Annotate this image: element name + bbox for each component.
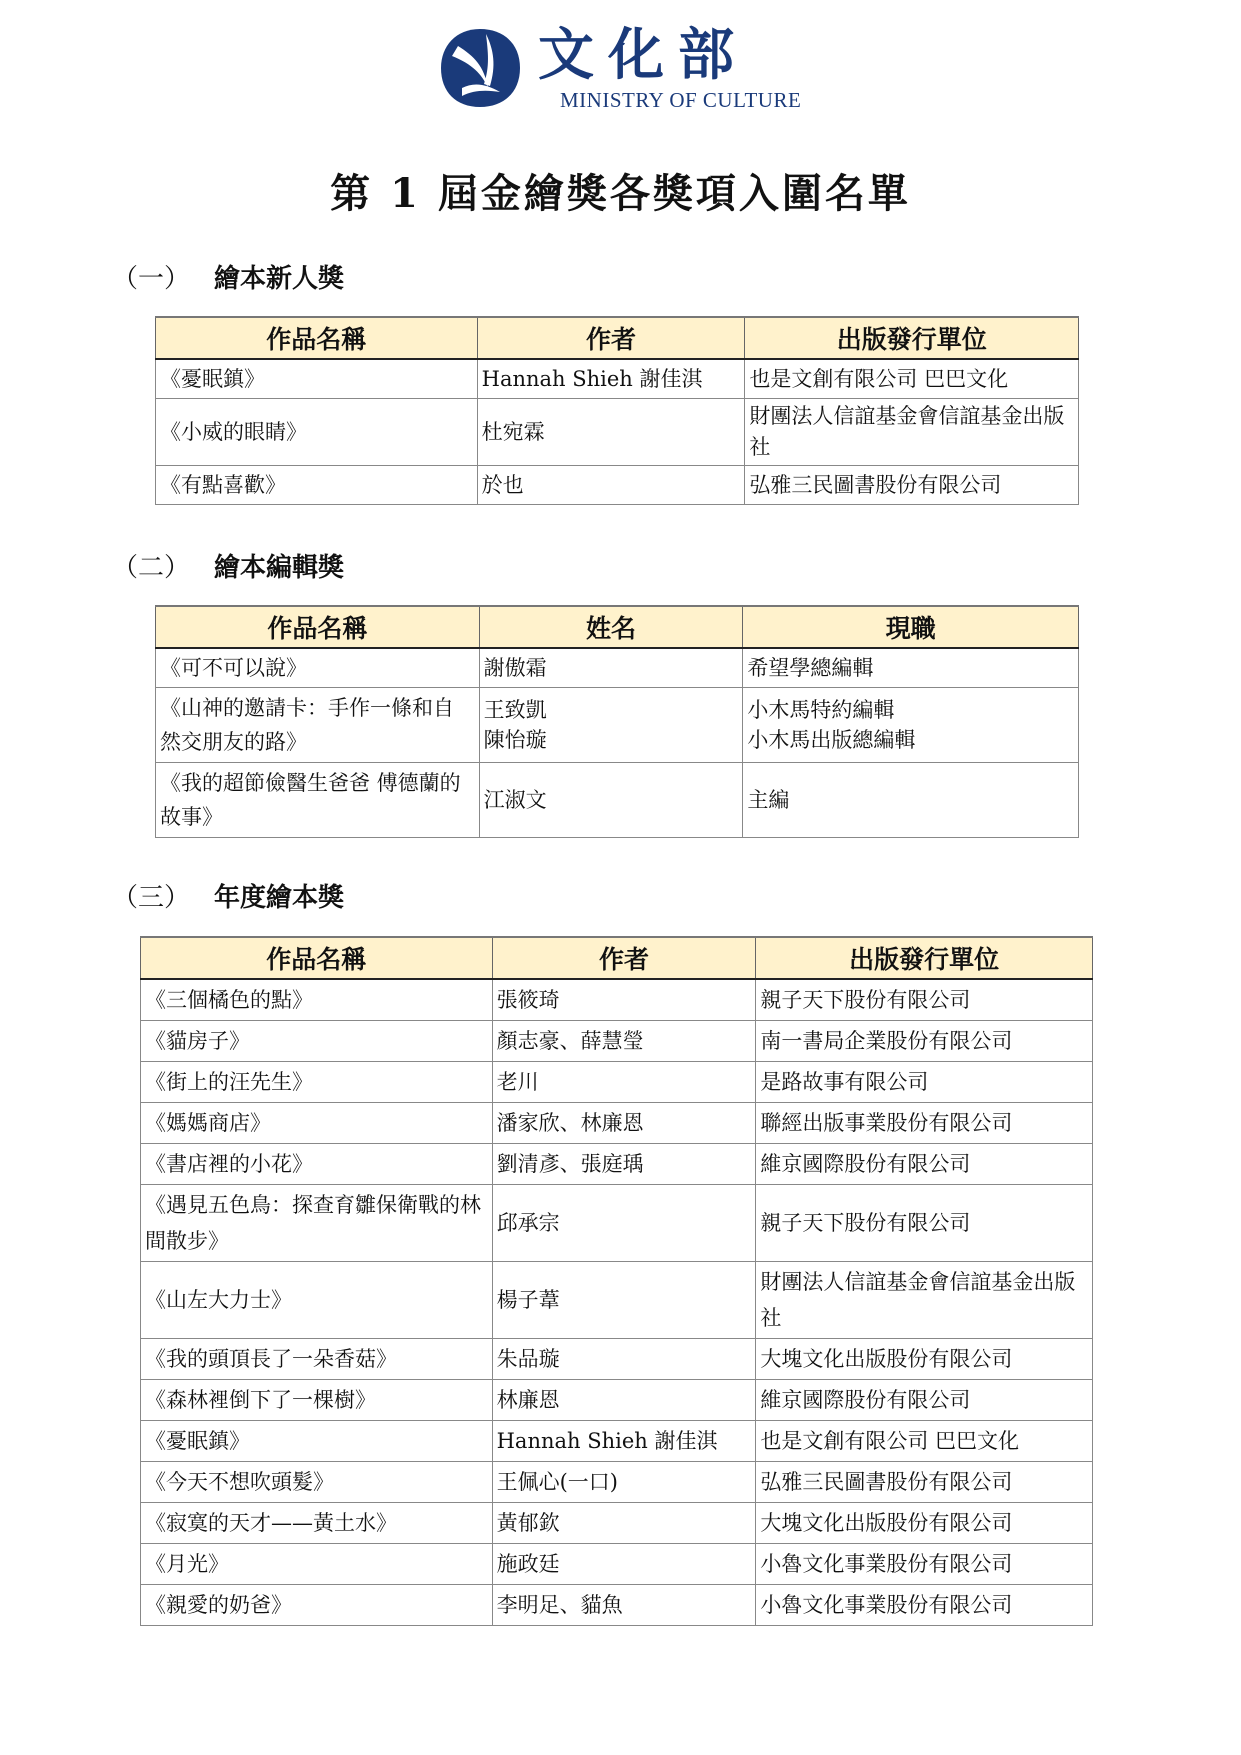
table-header-row: 作品名稱 作者 出版發行單位 <box>156 317 1079 359</box>
section-heading-3: （三）年度繪本獎 <box>112 877 344 914</box>
author: Hannah Shieh 謝佳淇 <box>492 1421 756 1462</box>
work-title: 《月光》 <box>141 1544 493 1585</box>
table-row: 《媽媽商店》潘家欣、林廉恩聯經出版事業股份有限公司 <box>141 1103 1093 1144</box>
table-row: 《親愛的奶爸》李明足、貓魚小魯文化事業股份有限公司 <box>141 1585 1093 1626</box>
publisher: 維京國際股份有限公司 <box>756 1380 1093 1421</box>
column-header: 作者 <box>477 317 745 359</box>
work-title: 《三個橘色的點》 <box>141 979 493 1021</box>
annual-picture-book-award-table: 作品名稱 作者 出版發行單位 《三個橘色的點》張筱琦親子天下股份有限公司 《貓房… <box>140 936 1093 1626</box>
table-row: 《憂眠鎮》Hannah Shieh 謝佳淇也是文創有限公司 巴巴文化 <box>141 1421 1093 1462</box>
section-number: （三） <box>112 877 214 914</box>
column-header: 作者 <box>492 937 756 979</box>
work-title: 《貓房子》 <box>141 1021 493 1062</box>
author: 老川 <box>492 1062 756 1103</box>
current-position: 小木馬特約編輯 小木馬出版總編輯 <box>743 688 1079 763</box>
ministry-of-culture-logo: 文化部 MINISTRY OF CULTURE <box>438 22 818 112</box>
table-row: 《月光》施政廷小魯文化事業股份有限公司 <box>141 1544 1093 1585</box>
work-title: 《媽媽商店》 <box>141 1103 493 1144</box>
publisher: 南一書局企業股份有限公司 <box>756 1021 1093 1062</box>
table-row: 《我的頭頂長了一朵香菇》朱品璇大塊文化出版股份有限公司 <box>141 1339 1093 1380</box>
publisher: 大塊文化出版股份有限公司 <box>756 1503 1093 1544</box>
column-header: 出版發行單位 <box>756 937 1093 979</box>
author: 顏志豪、薛慧瑩 <box>492 1021 756 1062</box>
section-name: 繪本編輯獎 <box>214 553 344 583</box>
section-number: （一） <box>112 258 214 295</box>
work-title: 《山神的邀請卡：手作一條和自然交朋友的路》 <box>156 688 480 763</box>
table-row: 《可不可以說》 謝傲霜 希望學總編輯 <box>156 648 1079 688</box>
table-row: 《山左大力士》楊子葦財團法人信誼基金會信誼基金出版社 <box>141 1262 1093 1339</box>
table-row: 《三個橘色的點》張筱琦親子天下股份有限公司 <box>141 979 1093 1021</box>
publisher: 大塊文化出版股份有限公司 <box>756 1339 1093 1380</box>
section-number: （二） <box>112 547 214 584</box>
author: 楊子葦 <box>492 1262 756 1339</box>
publisher: 弘雅三民圖書股份有限公司 <box>745 466 1079 505</box>
publisher: 親子天下股份有限公司 <box>756 979 1093 1021</box>
work-title: 《有點喜歡》 <box>156 466 478 505</box>
work-title: 《憂眠鎮》 <box>156 359 478 399</box>
table-row: 《街上的汪先生》老川是路故事有限公司 <box>141 1062 1093 1103</box>
table-row: 《貓房子》顏志豪、薛慧瑩南一書局企業股份有限公司 <box>141 1021 1093 1062</box>
column-header: 出版發行單位 <box>745 317 1079 359</box>
table-row: 《有點喜歡》 於也 弘雅三民圖書股份有限公司 <box>156 466 1079 505</box>
table-row: 《森林裡倒下了一棵樹》林廉恩維京國際股份有限公司 <box>141 1380 1093 1421</box>
author: 黃郁欽 <box>492 1503 756 1544</box>
publisher: 也是文創有限公司 巴巴文化 <box>745 359 1079 399</box>
author: 劉清彥、張庭瑀 <box>492 1144 756 1185</box>
publisher: 小魯文化事業股份有限公司 <box>756 1544 1093 1585</box>
publisher: 財團法人信誼基金會信誼基金出版社 <box>756 1262 1093 1339</box>
work-title: 《憂眠鎮》 <box>141 1421 493 1462</box>
author: 王佩心(一口) <box>492 1462 756 1503</box>
column-header: 姓名 <box>479 606 743 648</box>
author: 邱承宗 <box>492 1185 756 1262</box>
publisher: 財團法人信誼基金會信誼基金出版社 <box>745 399 1079 466</box>
author: 朱品璇 <box>492 1339 756 1380</box>
work-title: 《街上的汪先生》 <box>141 1062 493 1103</box>
table-row: 《小威的眼睛》 杜宛霖 財團法人信誼基金會信誼基金出版社 <box>156 399 1079 466</box>
author: 潘家欣、林廉恩 <box>492 1103 756 1144</box>
column-header: 現職 <box>743 606 1079 648</box>
editor-name: 謝傲霜 <box>479 648 743 688</box>
publisher: 弘雅三民圖書股份有限公司 <box>756 1462 1093 1503</box>
table-row: 《我的超節儉醫生爸爸 傅德蘭的故事》 江淑文 主編 <box>156 763 1079 838</box>
work-title: 《我的超節儉醫生爸爸 傅德蘭的故事》 <box>156 763 480 838</box>
author: Hannah Shieh 謝佳淇 <box>477 359 745 399</box>
table-row: 《憂眠鎮》 Hannah Shieh 謝佳淇 也是文創有限公司 巴巴文化 <box>156 359 1079 399</box>
publisher: 小魯文化事業股份有限公司 <box>756 1585 1093 1626</box>
current-position: 希望學總編輯 <box>743 648 1079 688</box>
work-title: 《遇見五色鳥：探查育雛保衛戰的林間散步》 <box>141 1185 493 1262</box>
table-row: 《寂寞的天才——黃土水》黃郁欽大塊文化出版股份有限公司 <box>141 1503 1093 1544</box>
current-position: 主編 <box>743 763 1079 838</box>
work-title: 《寂寞的天才——黃土水》 <box>141 1503 493 1544</box>
logo-english-text: MINISTRY OF CULTURE <box>560 88 801 113</box>
publisher: 也是文創有限公司 巴巴文化 <box>756 1421 1093 1462</box>
work-title: 《書店裡的小花》 <box>141 1144 493 1185</box>
author: 杜宛霖 <box>477 399 745 466</box>
work-title: 《今天不想吹頭髮》 <box>141 1462 493 1503</box>
author: 林廉恩 <box>492 1380 756 1421</box>
table-row: 《書店裡的小花》劉清彥、張庭瑀維京國際股份有限公司 <box>141 1144 1093 1185</box>
publisher: 維京國際股份有限公司 <box>756 1144 1093 1185</box>
author: 於也 <box>477 466 745 505</box>
author: 李明足、貓魚 <box>492 1585 756 1626</box>
document-title: 第 1 屆金繪獎各獎項入圍名單 <box>0 162 1241 219</box>
publisher: 親子天下股份有限公司 <box>756 1185 1093 1262</box>
author: 施政廷 <box>492 1544 756 1585</box>
new-artist-award-table: 作品名稱 作者 出版發行單位 《憂眠鎮》 Hannah Shieh 謝佳淇 也是… <box>155 316 1079 505</box>
section-heading-2: （二）繪本編輯獎 <box>112 547 344 584</box>
work-title: 《我的頭頂長了一朵香菇》 <box>141 1339 493 1380</box>
editor-award-table: 作品名稱 姓名 現職 《可不可以說》 謝傲霜 希望學總編輯 《山神的邀請卡：手作… <box>155 605 1079 838</box>
table-header-row: 作品名稱 作者 出版發行單位 <box>141 937 1093 979</box>
morning-glory-emblem-icon <box>438 26 522 110</box>
column-header: 作品名稱 <box>141 937 493 979</box>
work-title: 《小威的眼睛》 <box>156 399 478 466</box>
section-heading-1: （一）繪本新人獎 <box>112 258 344 295</box>
work-title: 《可不可以說》 <box>156 648 480 688</box>
publisher: 聯經出版事業股份有限公司 <box>756 1103 1093 1144</box>
column-header: 作品名稱 <box>156 317 478 359</box>
column-header: 作品名稱 <box>156 606 480 648</box>
table-row: 《今天不想吹頭髮》王佩心(一口)弘雅三民圖書股份有限公司 <box>141 1462 1093 1503</box>
work-title: 《山左大力士》 <box>141 1262 493 1339</box>
editor-name: 江淑文 <box>479 763 743 838</box>
work-title: 《森林裡倒下了一棵樹》 <box>141 1380 493 1421</box>
publisher: 是路故事有限公司 <box>756 1062 1093 1103</box>
table-header-row: 作品名稱 姓名 現職 <box>156 606 1079 648</box>
table-row: 《遇見五色鳥：探查育雛保衛戰的林間散步》邱承宗親子天下股份有限公司 <box>141 1185 1093 1262</box>
section-name: 繪本新人獎 <box>214 264 344 294</box>
author: 張筱琦 <box>492 979 756 1021</box>
table-row: 《山神的邀請卡：手作一條和自然交朋友的路》 王致凱 陳怡璇 小木馬特約編輯 小木… <box>156 688 1079 763</box>
section-name: 年度繪本獎 <box>214 883 344 913</box>
logo-chinese-text: 文化部 <box>538 22 748 88</box>
work-title: 《親愛的奶爸》 <box>141 1585 493 1626</box>
editor-name: 王致凱 陳怡璇 <box>479 688 743 763</box>
